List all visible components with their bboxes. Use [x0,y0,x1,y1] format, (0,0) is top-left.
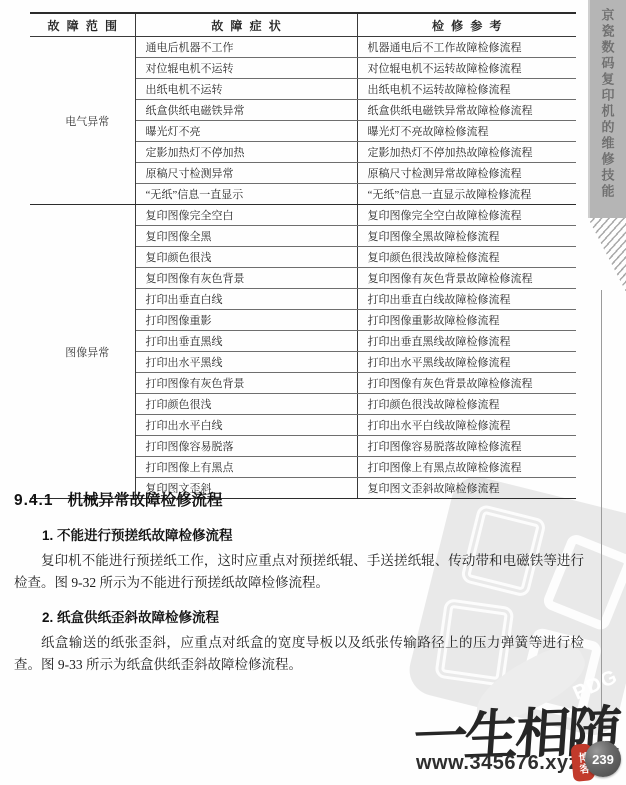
fault-table-container: 故障范围 故障症状 检修参考 电气异常通电后机器不工作机器通电后不工作故障检修流… [30,12,576,499]
section-heading: 9.4.1机械异常故障检修流程 [14,488,584,510]
repair-reference-cell: 打印出水平黑线故障检修流程 [357,352,576,373]
fault-symptom-cell: 对位辊电机不运转 [135,58,357,79]
sidebar-vertical-line [601,290,602,745]
section-content: 9.4.1机械异常故障检修流程 1. 不能进行预搓纸故障检修流程 复印机不能进行… [14,488,584,680]
sidebar-chapter-tab: 京瓷数码复印机的维修技能 [588,0,626,218]
repair-reference-cell: 打印图像上有黑点故障检修流程 [357,457,576,478]
table-header-row: 故障范围 故障症状 检修参考 [30,13,576,37]
repair-reference-cell: 打印颜色很浅故障检修流程 [357,394,576,415]
fault-symptom-cell: 打印图像上有黑点 [135,457,357,478]
table-row: 电气异常通电后机器不工作机器通电后不工作故障检修流程 [30,37,576,58]
repair-reference-cell: 打印图像重影故障检修流程 [357,310,576,331]
fault-symptom-cell: 打印出垂直白线 [135,289,357,310]
repair-reference-cell: 纸盒供纸电磁铁异常故障检修流程 [357,100,576,121]
repair-reference-cell: 打印图像容易脱落故障检修流程 [357,436,576,457]
table-row: 图像异常复印图像完全空白复印图像完全空白故障检修流程 [30,205,576,226]
repair-reference-cell: 出纸电机不运转故障检修流程 [357,79,576,100]
subsection-title-2: 2. 纸盒供纸歪斜故障检修流程 [14,606,584,626]
book-page: PDG 京瓷数码复印机的维修技能 故障范围 故障症状 检修参考 电气异常通电后机… [0,0,626,785]
repair-reference-cell: 复印图像完全空白故障检修流程 [357,205,576,226]
subsection-title-1: 1. 不能进行预搓纸故障检修流程 [14,524,584,544]
repair-reference-cell: 复印图像有灰色背景故障检修流程 [357,268,576,289]
sidebar-stripes-decoration [588,218,626,292]
fault-category-cell: 图像异常 [30,205,135,499]
fault-symptom-cell: 打印出水平黑线 [135,352,357,373]
subsection-paragraph-1: 复印机不能进行预搓纸工作，这时应重点对预搓纸辊、手送搓纸辊、传动带和电磁铁等进行… [14,550,584,594]
repair-reference-cell: 打印出垂直黑线故障检修流程 [357,331,576,352]
sidebar-chapter-title: 京瓷数码复印机的维修技能 [598,8,617,200]
repair-reference-cell: 打印出垂直白线故障检修流程 [357,289,576,310]
fault-symptom-cell: 原稿尺寸检测异常 [135,163,357,184]
subsection-paragraph-2: 纸盒输送的纸张歪斜，应重点对纸盒的宽度导板以及纸张传输路径上的压力弹簧等进行检查… [14,632,584,676]
repair-reference-cell: 复印图像全黑故障检修流程 [357,226,576,247]
repair-reference-cell: 对位辊电机不运转故障检修流程 [357,58,576,79]
repair-reference-cell: “无纸”信息一直显示故障检修流程 [357,184,576,205]
fault-table-body: 电气异常通电后机器不工作机器通电后不工作故障检修流程对位辊电机不运转对位辊电机不… [30,37,576,499]
fault-symptom-cell: 复印图像全黑 [135,226,357,247]
fault-symptom-cell: “无纸”信息一直显示 [135,184,357,205]
repair-reference-cell: 机器通电后不工作故障检修流程 [357,37,576,58]
fault-symptom-cell: 曝光灯不亮 [135,121,357,142]
fault-table: 故障范围 故障症状 检修参考 电气异常通电后机器不工作机器通电后不工作故障检修流… [30,12,576,499]
fault-symptom-cell: 通电后机器不工作 [135,37,357,58]
section-title: 机械异常故障检修流程 [67,492,222,509]
repair-reference-cell: 打印出水平白线故障检修流程 [357,415,576,436]
fault-symptom-cell: 复印图像完全空白 [135,205,357,226]
fault-symptom-cell: 打印图像容易脱落 [135,436,357,457]
fault-symptom-cell: 纸盒供纸电磁铁异常 [135,100,357,121]
repair-reference-cell: 打印图像有灰色背景故障检修流程 [357,373,576,394]
section-number: 9.4.1 [14,492,53,509]
fault-symptom-cell: 复印颜色很浅 [135,247,357,268]
fault-symptom-cell: 打印颜色很浅 [135,394,357,415]
repair-reference-cell: 曝光灯不亮故障检修流程 [357,121,576,142]
repair-reference-cell: 复印颜色很浅故障检修流程 [357,247,576,268]
fault-symptom-cell: 打印图像重影 [135,310,357,331]
fault-symptom-cell: 出纸电机不运转 [135,79,357,100]
fault-symptom-cell: 打印出垂直黑线 [135,331,357,352]
fault-symptom-cell: 定影加热灯不停加热 [135,142,357,163]
fault-symptom-cell: 打印图像有灰色背景 [135,373,357,394]
website-url: www.345676.xyz [416,752,579,775]
header-fault-symptom: 故障症状 [135,13,357,37]
repair-reference-cell: 定影加热灯不停加热故障检修流程 [357,142,576,163]
page-number-badge: 239 [585,741,621,777]
header-fault-range: 故障范围 [30,13,135,37]
fault-symptom-cell: 打印出水平白线 [135,415,357,436]
fault-symptom-cell: 复印图像有灰色背景 [135,268,357,289]
fault-category-cell: 电气异常 [30,37,135,205]
header-repair-reference: 检修参考 [357,13,576,37]
repair-reference-cell: 原稿尺寸检测异常故障检修流程 [357,163,576,184]
